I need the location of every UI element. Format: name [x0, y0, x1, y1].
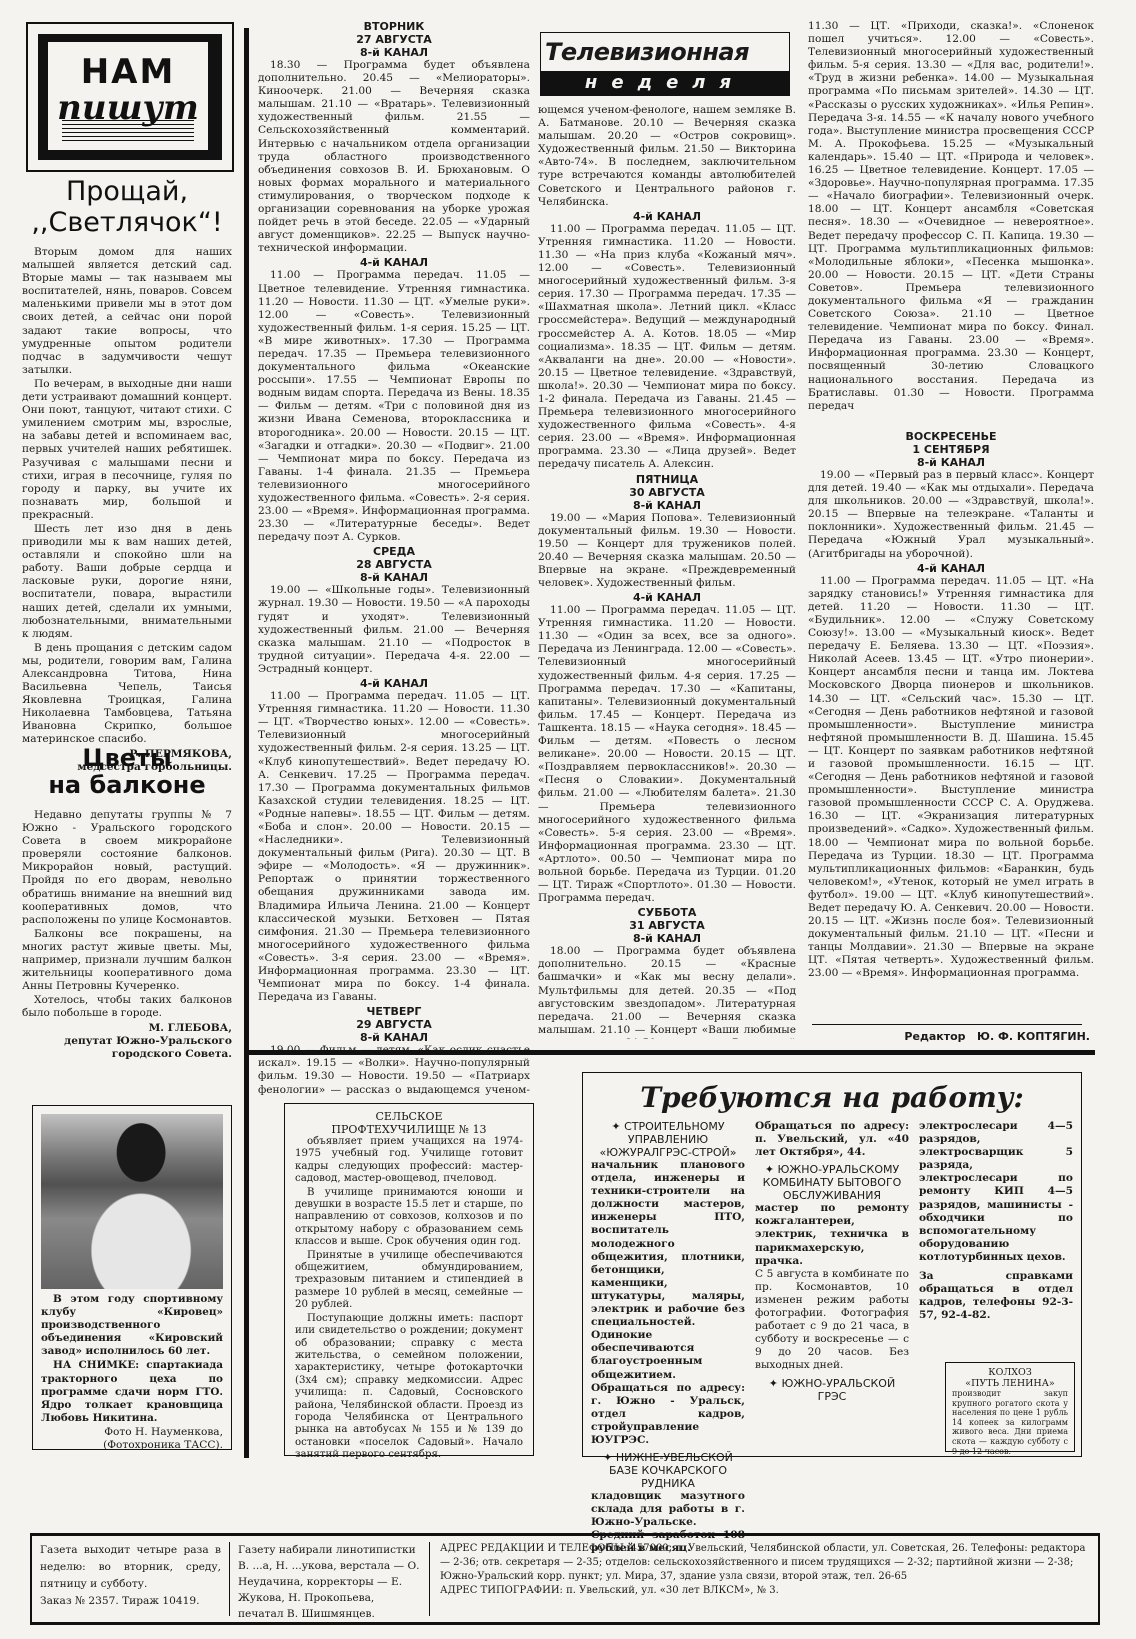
- program-listing: 18.30 — Программа будет объявлена дополн…: [258, 59, 530, 255]
- tv-column-2: ющемся ученом-фенологе, нашем земляке В.…: [538, 104, 796, 1039]
- tv-header-line2: неделя: [541, 71, 789, 95]
- paper-lines-icon: [62, 120, 194, 142]
- tv-header-line1: Телевизионная: [541, 33, 789, 71]
- footer-schedule: Газета выходит четыре раза в неделю: во …: [40, 1542, 230, 1616]
- job-block: электрослесари 4—5 разрядов, электросвар…: [919, 1120, 1073, 1556]
- channel-heading: 4-й КАНАЛ: [538, 210, 796, 223]
- program-listing: 11.00 — Программа передач. 11.05 — ЦТ. У…: [538, 604, 796, 905]
- ad-title: КОЛХОЗ «ПУТЬ ЛЕНИНА»: [952, 1367, 1068, 1389]
- day-date: 28 АВГУСТА: [258, 558, 530, 571]
- editor-name: Ю. Ф. КОПТЯГИН.: [977, 1030, 1090, 1043]
- editor-rule: [812, 1024, 1082, 1025]
- channel-heading: 8-й КАНАЛ: [258, 46, 530, 59]
- program-listing: 11.00 — Программа передач. 11.05 — ЦТ. У…: [538, 223, 796, 472]
- program-listing: 19.00 — «Первый раз в первый класс». Кон…: [808, 469, 1094, 561]
- article-body: Вторым домом для наших малышей является …: [22, 246, 232, 747]
- program-listing: 18.00 — Программа будет объявлена дополн…: [538, 945, 796, 1039]
- article-title: Прощай, ,,Светлячок“!: [22, 176, 232, 238]
- day-date: 30 АВГУСТА: [538, 486, 796, 499]
- channel-heading: 4-й КАНАЛ: [808, 562, 1094, 575]
- kolkhoz-ad: КОЛХОЗ «ПУТЬ ЛЕНИНА» производит закуп кр…: [945, 1362, 1075, 1452]
- channel-heading: 8-й КАНАЛ: [538, 499, 796, 512]
- program-listing: 19.00 — «Школьные годы». Телевизионный ж…: [258, 584, 530, 676]
- tv-column-3: 11.30 — ЦТ. «Приходи, сказка!». «Слонено…: [808, 20, 1094, 1020]
- channel-heading: 8-й КАНАЛ: [808, 456, 1094, 469]
- channel-heading: 8-й КАНАЛ: [258, 571, 530, 584]
- job-text: начальник планового отдела, инженеры и т…: [591, 1159, 745, 1382]
- tv-week-header: Телевизионная неделя: [540, 32, 790, 96]
- job-address: За справками обращаться в отдел кадров, …: [919, 1270, 1073, 1322]
- article-body: Недавно депутаты группы № 7 Южно - Ураль…: [22, 809, 232, 1021]
- job-heading: ЮЖНО-УРАЛЬСКОЙ ГРЭС: [782, 1377, 896, 1403]
- footer-address: АДРЕС РЕДАКЦИИ И ТЕЛЕФОНЫ: 457000, п. Ув…: [430, 1542, 1090, 1616]
- program-listing-continued: ющемся ученом-фенологе, нашем земляке В.…: [538, 104, 796, 209]
- diamond-bullet-icon: ✦: [769, 1377, 782, 1390]
- masthead-footer: Газета выходит четыре раза в неделю: во …: [30, 1533, 1100, 1625]
- photo-credit: Фото Н. Науменкова, (Фотохроника ТАСС).: [41, 1426, 223, 1452]
- rubric-nam-pishut-logo: НАМ пишут: [26, 22, 234, 172]
- tv-column-1: ВТОРНИК 27 АВГУСТА 8-й КАНАЛ 18.30 — Про…: [258, 20, 530, 1096]
- program-listing: 11.00 — Программа передач. 11.05 — ЦТ. «…: [808, 575, 1094, 981]
- jobs-columns: ✦ СТРОИТЕЛЬНОМУ УПРАВЛЕНИЮ «ЮЖУРАЛГРЭС-С…: [583, 1114, 1081, 1562]
- day-heading: СУББОТА: [538, 906, 796, 919]
- channel-heading: 4-й КАНАЛ: [258, 256, 530, 269]
- job-address: Обращаться по адресу: г. Южно - Уральск,…: [591, 1382, 745, 1447]
- job-block: ✦ СТРОИТЕЛЬНОМУ УПРАВЛЕНИЮ «ЮЖУРАЛГРЭС-С…: [591, 1120, 745, 1556]
- day-heading: ВОСКРЕСЕНЬЕ: [808, 430, 1094, 443]
- program-listing-continued: 11.30 — ЦТ. «Приходи, сказка!». «Слонено…: [808, 20, 1094, 413]
- sports-photo-image: [41, 1114, 223, 1289]
- diamond-bullet-icon: ✦: [603, 1451, 616, 1464]
- editor-line: Редактор Ю. Ф. КОПТЯГИН.: [870, 1030, 1090, 1043]
- article-tsvety: Цветы на балконе Недавно депутаты группы…: [22, 745, 232, 1061]
- ad-body: объявляет прием учащихся на 1974-1975 уч…: [295, 1136, 523, 1462]
- ad-title: СЕЛЬСКОЕ ПРОФТЕХУЧИЛИЩЕ № 13: [295, 1110, 523, 1136]
- ad-body: производит закуп крупного рогатого скота…: [952, 1389, 1068, 1456]
- job-text: мастер по ремонту кожгалантереи, электри…: [755, 1202, 909, 1267]
- jobs-title: Требуются на работу:: [583, 1081, 1081, 1114]
- job-address: С 5 августа в комбинате по пр. Космонавт…: [755, 1268, 909, 1373]
- day-heading: ЧЕТВЕРГ: [258, 1005, 530, 1018]
- photo-caption: В этом году спортивному клубу «Кировец» …: [41, 1293, 223, 1425]
- signature-name: М. ГЛЕБОВА,: [22, 1022, 232, 1035]
- channel-heading: 8-й КАНАЛ: [538, 932, 796, 945]
- column-rule: [244, 28, 249, 1458]
- footer-credits: Газету набирали линотипистки В. ...а, Н.…: [230, 1542, 430, 1616]
- program-listing: 19.00 — «Мария Попова». Телевизионный до…: [538, 512, 796, 591]
- day-heading: ПЯТНИЦА: [538, 473, 796, 486]
- day-date: 27 АВГУСТА: [258, 33, 530, 46]
- day-date: 31 АВГУСТА: [538, 919, 796, 932]
- channel-heading: 4-й КАНАЛ: [258, 677, 530, 690]
- school-ad: СЕЛЬСКОЕ ПРОФТЕХУЧИЛИЩЕ № 13 объявляет п…: [284, 1103, 534, 1456]
- section-rule: [245, 1050, 1095, 1055]
- job-block: Обращаться по адресу: п. Увельский, ул. …: [755, 1120, 909, 1556]
- article-svetlyachok: Прощай, ,,Светлячок“! Вторым домом для н…: [22, 176, 232, 774]
- program-listing: 11.00 — Программа передач. 11.05 — ЦТ. У…: [258, 690, 530, 1004]
- diamond-bullet-icon: ✦: [765, 1163, 778, 1176]
- job-text: электрослесари 4—5 разрядов, электросвар…: [919, 1120, 1073, 1264]
- article-title: Цветы на балконе: [22, 745, 232, 799]
- channel-heading: 8-й КАНАЛ: [258, 1031, 530, 1044]
- editor-label: Редактор: [904, 1030, 965, 1043]
- job-address: Обращаться по адресу: п. Увельский, ул. …: [755, 1120, 909, 1159]
- day-date: 1 СЕНТЯБРЯ: [808, 443, 1094, 456]
- rubric-line1: НАМ: [48, 52, 208, 92]
- program-listing: 11.00 — Программа передач. 11.05 — Цветн…: [258, 269, 530, 544]
- day-heading: СРЕДА: [258, 545, 530, 558]
- day-date: 29 АВГУСТА: [258, 1018, 530, 1031]
- diamond-bullet-icon: ✦: [611, 1120, 624, 1133]
- job-heading: НИЖНЕ-УВЕЛЬСКОЙ БАЗЕ КОЧКАРСКОГО РУДНИКА: [609, 1451, 733, 1490]
- channel-heading: 4-й КАНАЛ: [538, 591, 796, 604]
- signature-role: депутат Южно-Уральского городского Совет…: [22, 1035, 232, 1061]
- job-heading: ЮЖНО-УРАЛЬСКОМУ КОМБИНАТУ БЫТОВОГО ОБСЛУ…: [763, 1163, 902, 1202]
- photo-block: В этом году спортивному клубу «Кировец» …: [32, 1105, 232, 1450]
- day-heading: ВТОРНИК: [258, 20, 530, 33]
